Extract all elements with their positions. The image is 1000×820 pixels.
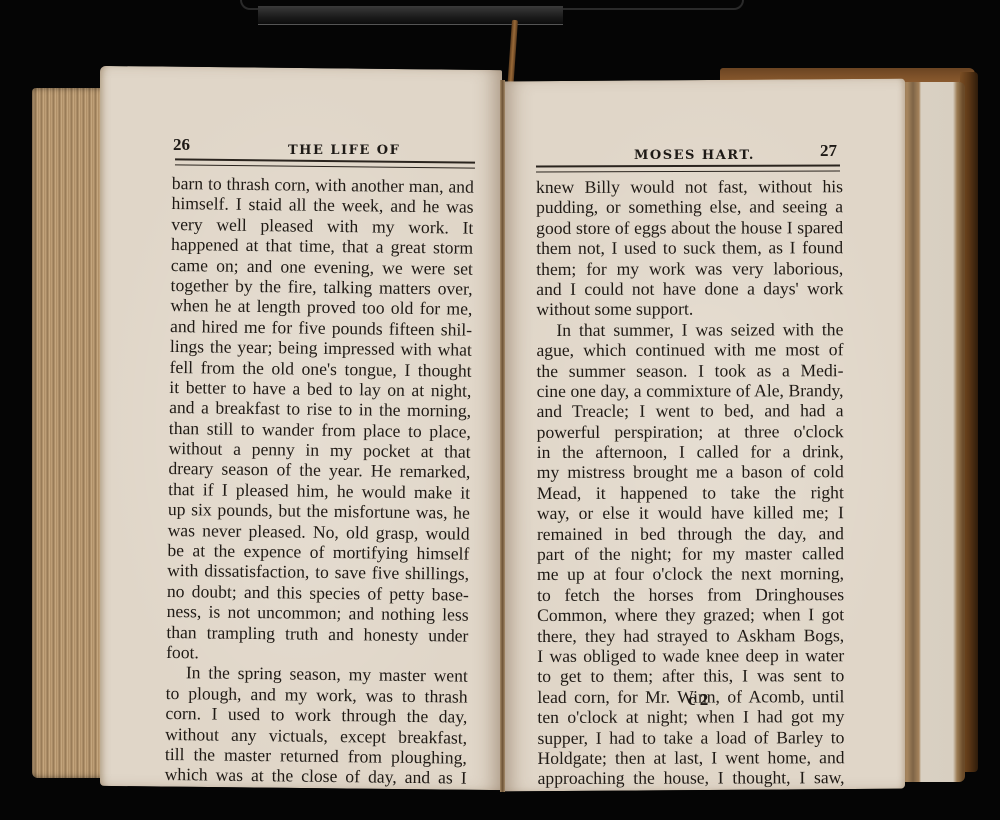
text-line: good store of eggs about the house I spa… xyxy=(536,217,843,238)
text-line: my mistress brought me a bason of cold xyxy=(537,462,844,483)
text-line: there, they had strayed to Askham Bogs, xyxy=(537,625,844,646)
text-line: which was at the close of day, and as I xyxy=(165,764,467,788)
text-line: supper, I had to take a load of Barley t… xyxy=(537,727,844,748)
text-line: Mead, it happened to take the right xyxy=(537,482,844,503)
right-page-stack xyxy=(895,82,965,782)
text-line: I was obliged to wade knee deep in water xyxy=(537,645,844,666)
text-line: to fetch the horses from Dringhouses xyxy=(537,584,844,605)
text-line: and Treacle; I went to bed, and had a xyxy=(537,400,844,421)
signature-mark: c 2 xyxy=(688,690,708,710)
right-running-head: MOSES HART. xyxy=(634,148,755,163)
text-line: approaching the house, I thought, I saw, xyxy=(538,768,845,789)
text-line: knew Billy would not fast, without his xyxy=(536,176,843,197)
text-line: way, or else it would have killed me; I xyxy=(537,502,844,523)
right-header-rule xyxy=(536,164,840,172)
text-line: than trampling truth and honesty under xyxy=(166,622,468,646)
text-line: the summer season. I took as a Medi- xyxy=(536,360,843,381)
text-line: in the afternoon, I called for a drink, xyxy=(537,441,844,462)
text-line: powerful perspiration; at three o'clock xyxy=(537,421,844,442)
left-running-head: THE LIFE OF xyxy=(288,143,400,158)
text-line: part of the night; for my master called xyxy=(537,543,844,564)
text-line: to get to them; after this, I was sent t… xyxy=(537,666,844,687)
text-line: remained in bed through the day, and xyxy=(537,523,844,544)
text-line: pudding, or something else, and seeing a xyxy=(536,197,843,218)
bookmark-ribbon xyxy=(507,20,518,86)
text-line: cine one day, a commixture of Ale, Brand… xyxy=(537,380,844,401)
left-page-number: 26 xyxy=(173,135,190,155)
text-line: them; for my work was very laborious, xyxy=(536,258,843,279)
right-page-number: 27 xyxy=(820,141,837,161)
text-line: and I could not have done a days' work xyxy=(536,278,843,299)
text-line: In that summer, I was seized with the xyxy=(536,319,843,340)
book-gutter xyxy=(500,80,505,792)
text-line: me up at four o'clock the next morning, xyxy=(537,564,844,585)
text-line: Holdgate; then at last, I went home, and xyxy=(537,747,844,768)
text-line: ague, which continued with me most of xyxy=(536,339,843,360)
text-line: without some support. xyxy=(536,299,843,320)
text-line: Common, where they grazed; when I got xyxy=(537,604,844,625)
left-page-text: barn to thrash corn, with another man, a… xyxy=(165,173,474,788)
text-line: them not, I used to suck them, as I foun… xyxy=(536,237,843,258)
